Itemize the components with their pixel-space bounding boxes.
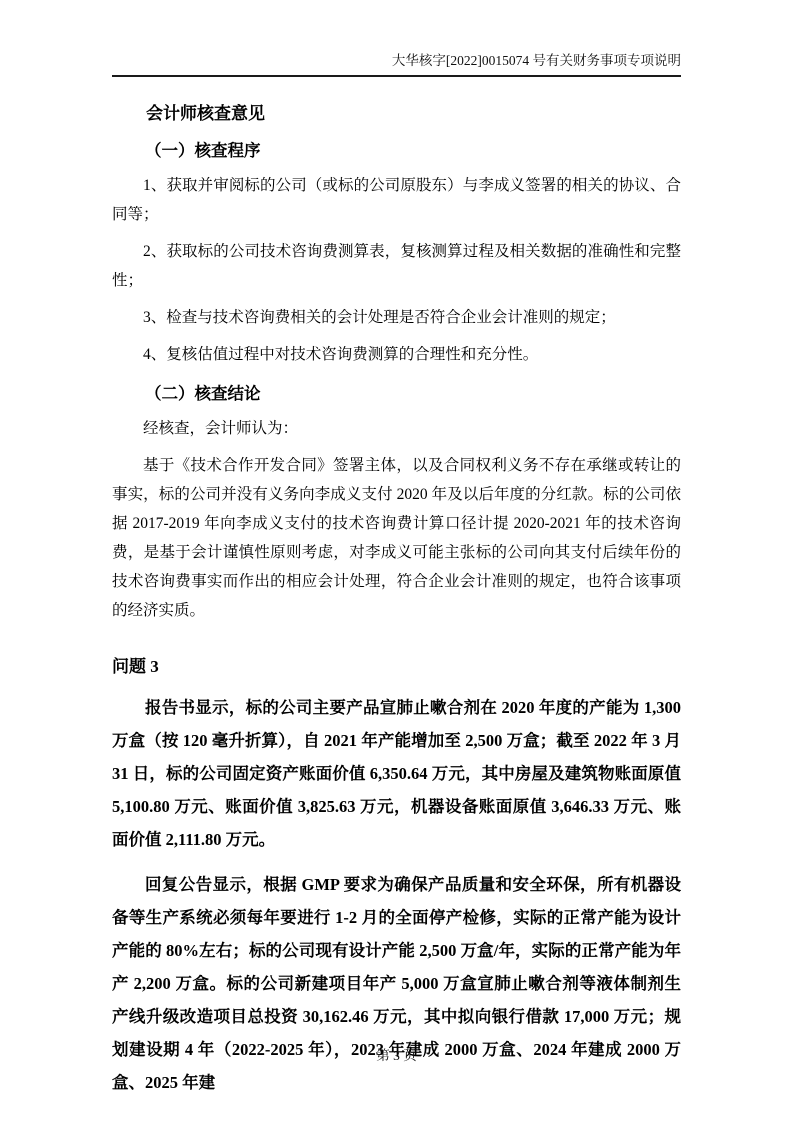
procedure-item-3: 3、检查与技术咨询费相关的会计处理是否符合企业会计准则的规定； <box>112 303 681 332</box>
section-title-auditor-opinion: 会计师核查意见 <box>112 102 681 126</box>
document-page: 大华核字[2022]0015074 号有关财务事项专项说明 会计师核查意见 （一… <box>0 0 793 1122</box>
procedure-item-2: 2、获取标的公司技术咨询费测算表，复核测算过程及相关数据的准确性和完整性； <box>112 237 681 295</box>
question-3-paragraph-2: 回复公告显示，根据 GMP 要求为确保产品质量和安全环保，所有机器设备等生产系统… <box>112 868 681 1099</box>
conclusion-intro: 经核查，会计师认为： <box>112 414 681 443</box>
page-header: 大华核字[2022]0015074 号有关财务事项专项说明 <box>112 0 681 77</box>
procedure-item-1: 1、获取并审阅标的公司（或标的公司原股东）与李成义签署的相关的协议、合同等； <box>112 171 681 229</box>
question-3-title: 问题 3 <box>112 655 681 679</box>
question-3-paragraph-1: 报告书显示，标的公司主要产品宣肺止嗽合剂在 2020 年度的产能为 1,300 … <box>112 691 681 856</box>
header-title: 大华核字[2022]0015074 号有关财务事项专项说明 <box>392 53 681 68</box>
document-body: 会计师核查意见 （一）核查程序 1、获取并审阅标的公司（或标的公司原股东）与李成… <box>112 102 681 1099</box>
page-footer: 第 3 页 <box>0 1044 793 1064</box>
page-number: 第 3 页 <box>376 1048 417 1063</box>
procedure-item-4: 4、复核估值过程中对技术咨询费测算的合理性和充分性。 <box>112 340 681 369</box>
conclusion-body: 基于《技术合作开发合同》签署主体，以及合同权利义务不存在承继或转让的事实，标的公… <box>112 451 681 625</box>
subsection-title-verification-procedures: （一）核查程序 <box>112 139 681 163</box>
subsection-title-verification-conclusion: （二）核查结论 <box>112 382 681 406</box>
